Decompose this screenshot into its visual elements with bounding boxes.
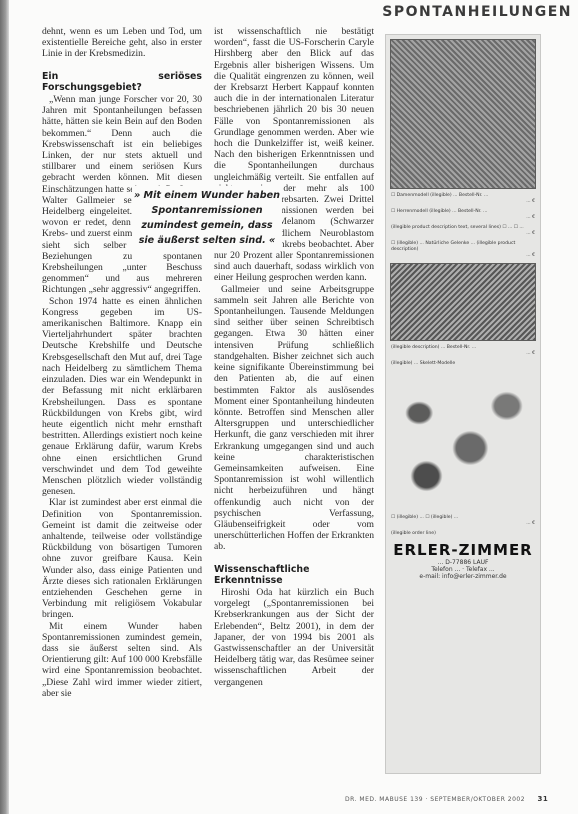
article-column-2: ist wissenschaftlich nie bestätigt worde… [214,26,374,688]
paragraph: Klar ist zumindest aber erst einmal die … [42,497,202,620]
ad-text-block: (illegible order line) [386,531,540,537]
publication-info: DR. MED. MABUSE 139 · SEPTEMBER/OKTOBER … [345,796,525,803]
ad-text-block: ☐ (illegible) ... Natürliche Gelenke ...… [386,241,540,259]
article-column-1: dehnt, wenn es um Leben und Tod, um exis… [42,26,202,699]
paragraph: Gallmeier und seine Arbeitsgruppe sammel… [214,284,374,553]
ad-brand-logo: ERLER-ZIMMER [386,541,540,559]
ad-photo-skeleton-models [390,371,536,511]
paragraph: Mit einem Wunder haben Spontanremissione… [42,621,202,699]
page-binding-edge [0,0,9,814]
page-number: 31 [537,795,548,803]
ad-text-block: (illegible product description text, sev… [386,225,540,237]
ad-text-block: ☐ Herrenmodell (illegible) ... Bestell-N… [386,209,540,221]
advertisement-sidebar: ☐ Damenmodell (illegible) ... Bestell-Nr… [385,34,541,774]
paragraph: Hiroshi Oda hat kürzlich ein Buch vorgel… [214,587,374,688]
ad-email: e-mail: info@erler-zimmer.de [386,573,540,580]
ad-photo-ornate-model [390,39,536,189]
ad-text-block: (illegible description) ... Bestell-Nr. … [386,345,540,357]
ad-address: ... D-77886 LAUF [386,559,540,566]
running-head: SPONTANHEILUNGEN [382,4,572,20]
page-footer: DR. MED. MABUSE 139 · SEPTEMBER/OKTOBER … [345,795,548,803]
pull-quote: » Mit einem Wunder haben Spontanremissio… [132,186,282,250]
ad-text-block: ☐ (illegible) ... ☐ (illegible) ...... € [386,515,540,527]
ad-contact: Telefon ... · Telefax ... [386,566,540,573]
ad-photo-model-box [390,263,536,341]
ad-text-block: (illegible) ... Skelett-Modelle [386,361,540,367]
paragraph: Schon 1974 hatte es einen ähnlichen Kong… [42,296,202,498]
section-heading: Wissenschaftliche Erkenntnisse [214,564,374,586]
paragraph: dehnt, wenn es um Leben und Tod, um exis… [42,26,202,60]
section-heading: Ein seriöses Forschungsgebiet? [42,71,202,93]
ad-text-block: ☐ Damenmodell (illegible) ... Bestell-Nr… [386,193,540,205]
